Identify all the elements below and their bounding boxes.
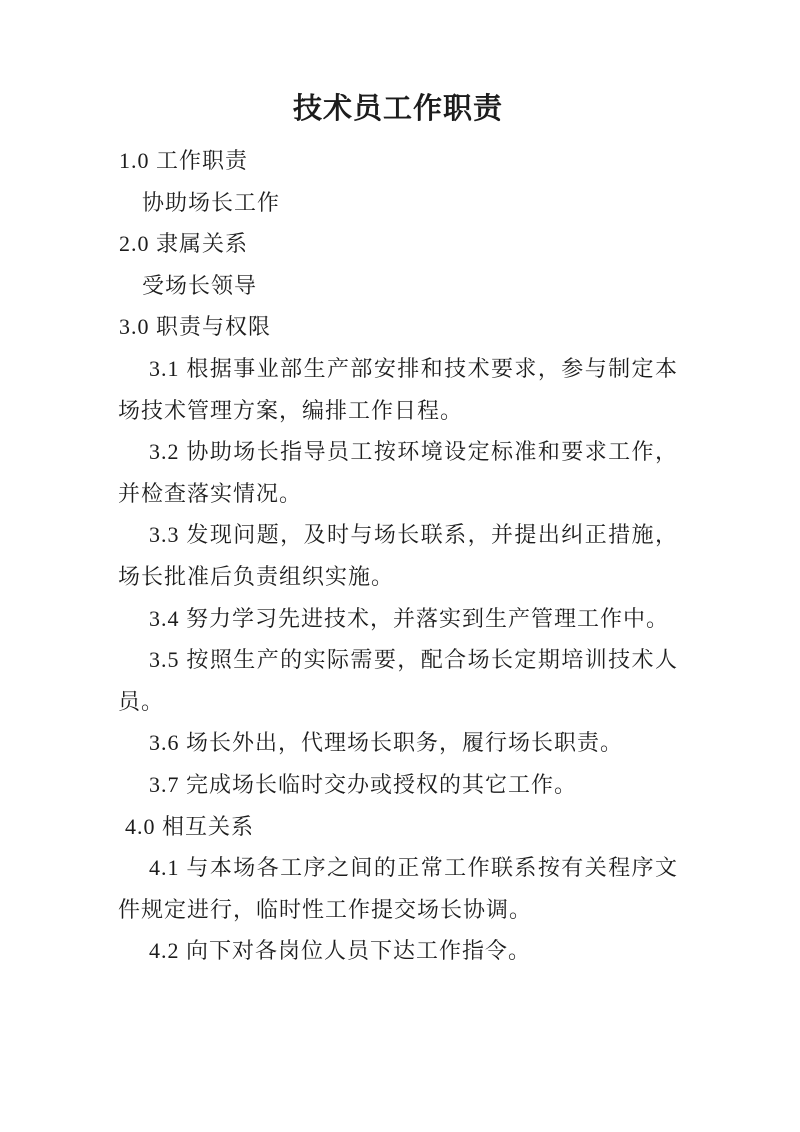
paragraph: 3.1 根据事业部生产部安排和技术要求，参与制定本场技术管理方案，编排工作日程。 <box>118 348 678 431</box>
paragraph: 3.4 努力学习先进技术，并落实到生产管理工作中。 <box>118 598 678 640</box>
section-heading: 4.0 相互关系 <box>118 806 678 848</box>
paragraph: 4.2 向下对各岗位人员下达工作指令。 <box>118 930 678 972</box>
document-content: 技术员工作职责 1.0 工作职责协助场长工作2.0 隶属关系受场长领导3.0 职… <box>118 0 678 972</box>
paragraph: 受场长领导 <box>118 265 678 307</box>
paragraph: 4.1 与本场各工序之间的正常工作联系按有关程序文件规定进行，临时性工作提交场长… <box>118 847 678 930</box>
paragraph: 3.5 按照生产的实际需要，配合场长定期培训技术人员。 <box>118 639 678 722</box>
paragraph-list: 1.0 工作职责协助场长工作2.0 隶属关系受场长领导3.0 职责与权限3.1 … <box>118 140 678 972</box>
paragraph: 3.7 完成场长临时交办或授权的其它工作。 <box>118 764 678 806</box>
section-heading: 1.0 工作职责 <box>118 140 678 182</box>
section-heading: 3.0 职责与权限 <box>118 306 678 348</box>
paragraph: 3.6 场长外出，代理场长职务，履行场长职责。 <box>118 722 678 764</box>
paragraph: 3.2 协助场长指导员工按环境设定标准和要求工作，并检查落实情况。 <box>118 431 678 514</box>
paragraph: 3.3 发现问题，及时与场长联系，并提出纠正措施，场长批准后负责组织实施。 <box>118 514 678 597</box>
paragraph: 协助场长工作 <box>118 182 678 224</box>
document-title: 技术员工作职责 <box>118 88 678 130</box>
document-page: 技术员工作职责 1.0 工作职责协助场长工作2.0 隶属关系受场长领导3.0 职… <box>0 0 800 1132</box>
section-heading: 2.0 隶属关系 <box>118 223 678 265</box>
